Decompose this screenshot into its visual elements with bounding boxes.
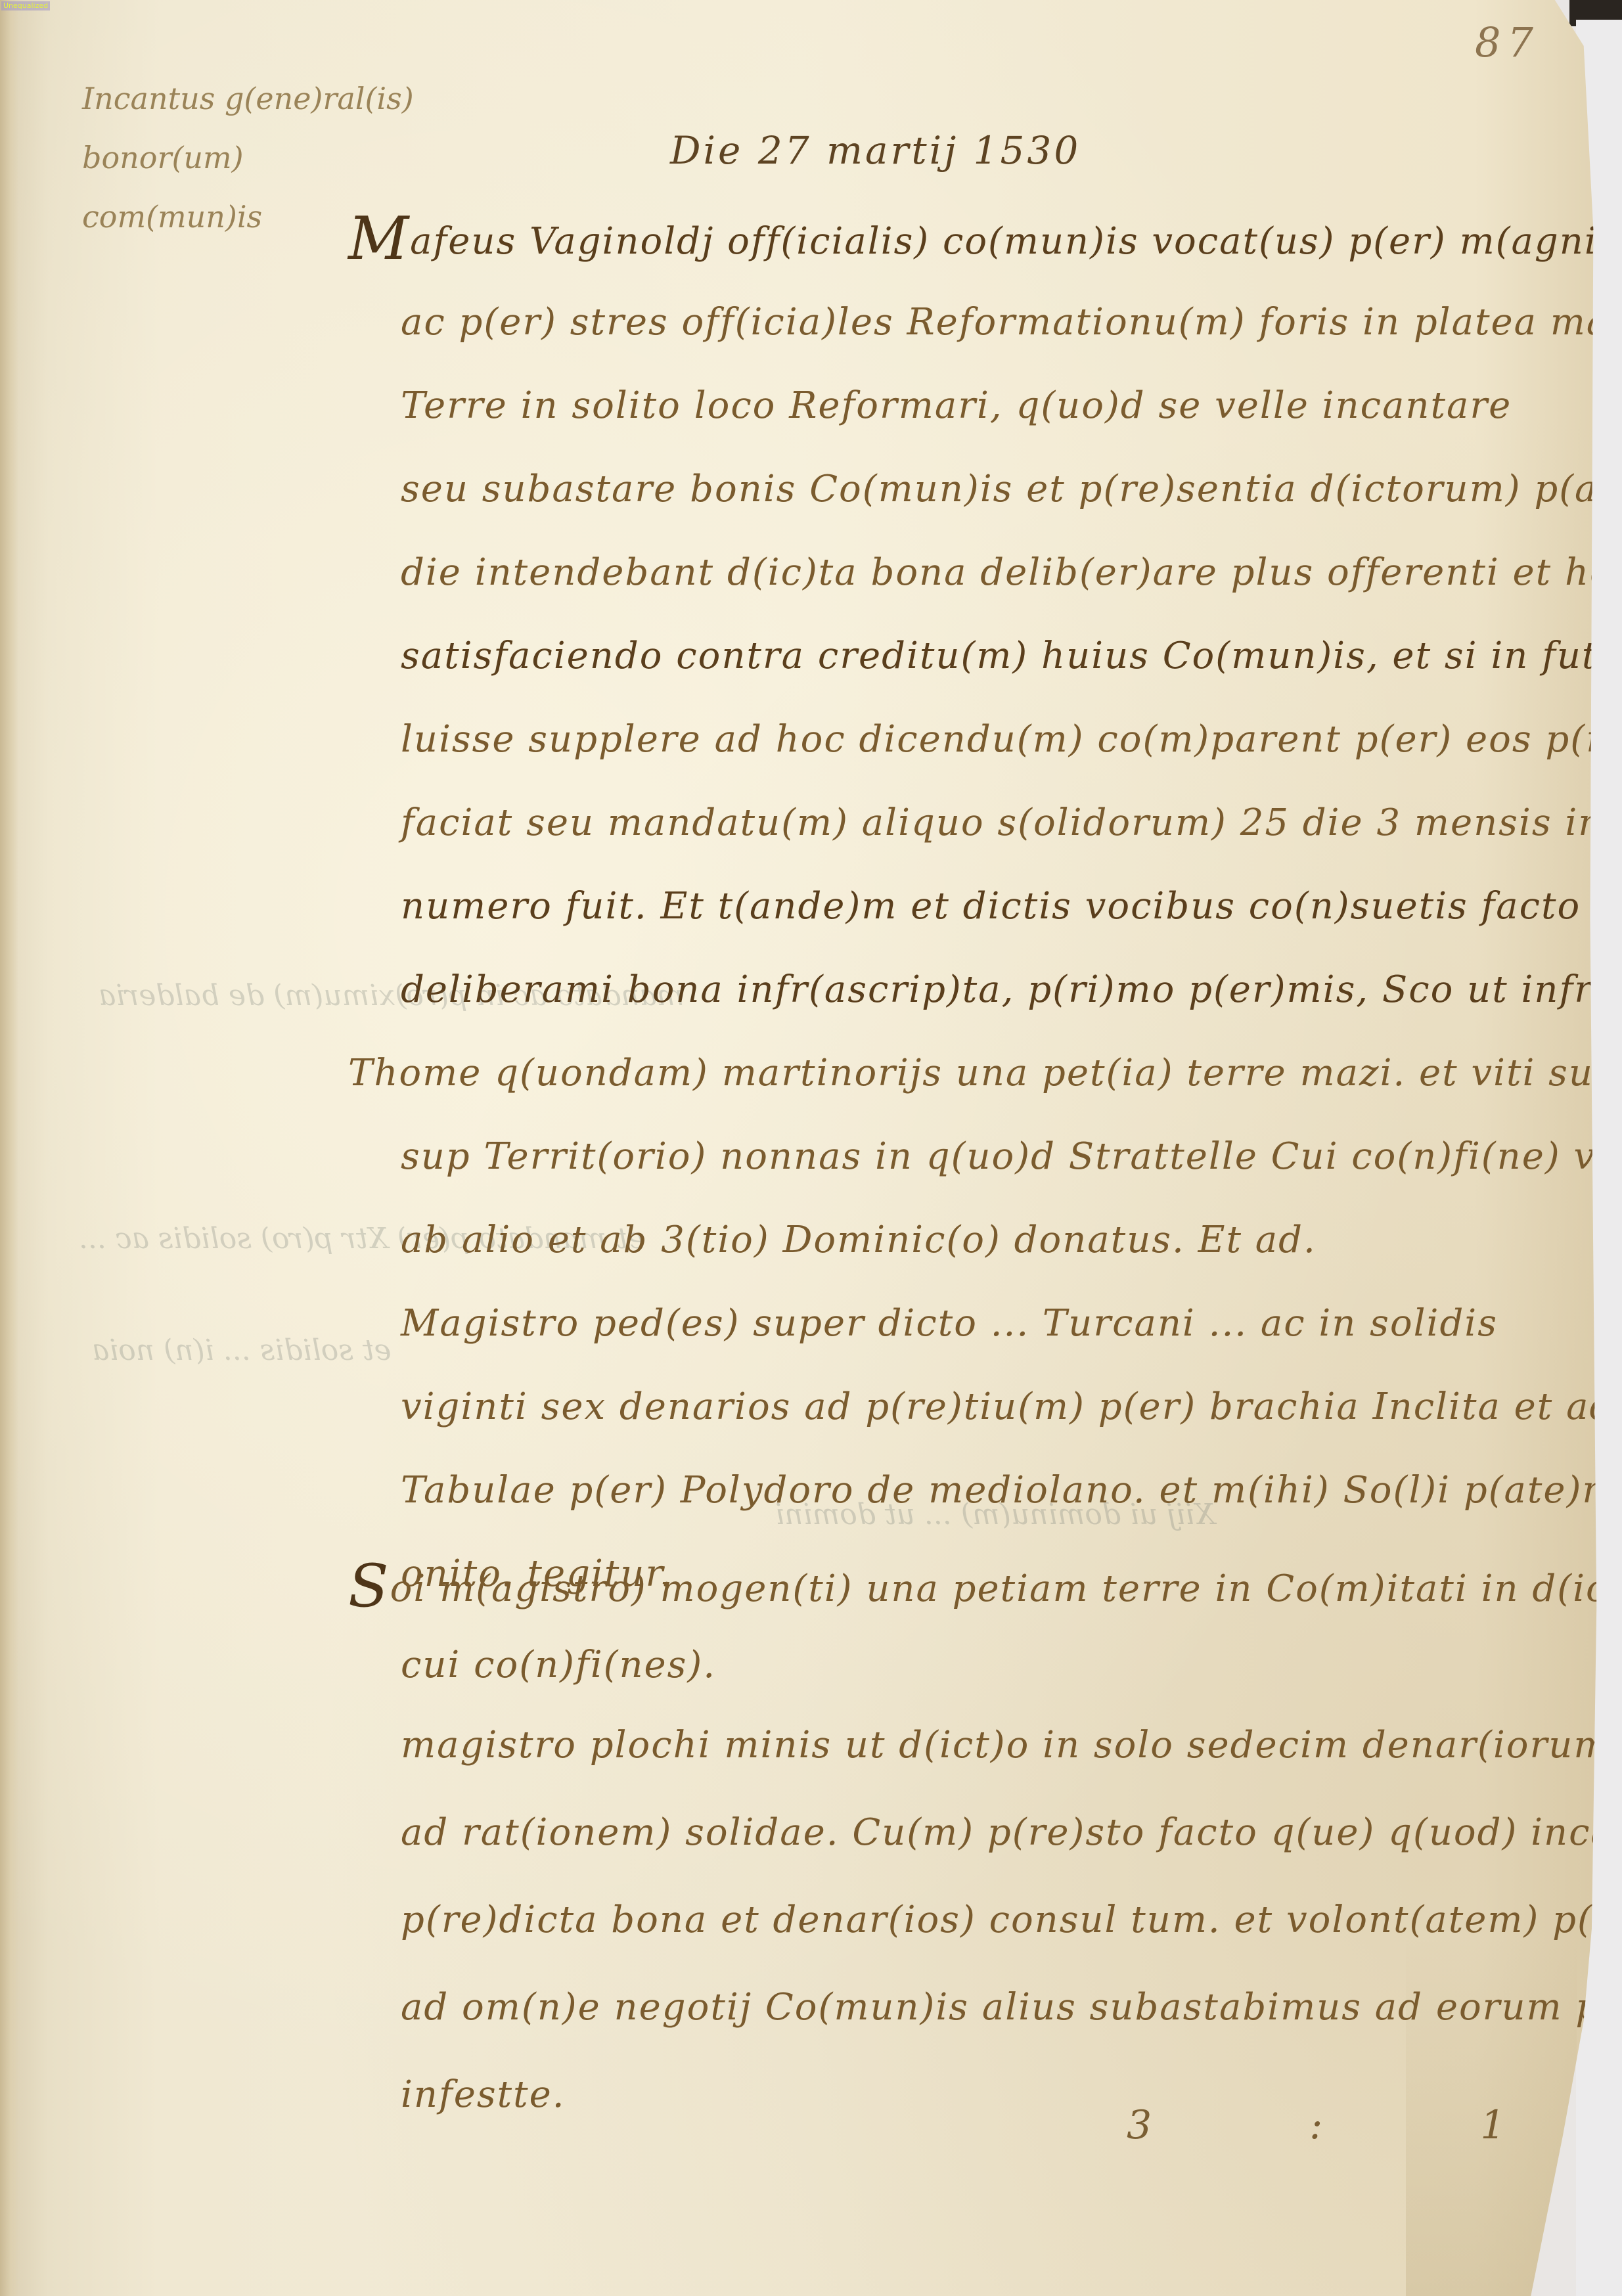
date-heading: Die 27 martij 1530 xyxy=(670,128,1081,173)
entry-line: viginti sex denarios ad p(re)tiu(m) p(er… xyxy=(401,1365,1622,1449)
entry-line: luisse supplere ad hoc dicendu(m) co(m)p… xyxy=(401,698,1622,781)
bottom-ink-marks: 3:1. xyxy=(1127,2102,1622,2148)
entry-line: sup Territ(orio) nonnas in q(uo)d Stratt… xyxy=(401,1115,1622,1198)
entry-line: Magistro ped(es) super dicto ... Turcani… xyxy=(401,1282,1622,1365)
entry-line: satisfaciendo contra creditu(m) huius Co… xyxy=(401,614,1622,698)
entry-line: magistro plochi minis ut d(ict)o in solo… xyxy=(401,1701,1622,1789)
entry-line: Terre in solito loco Reformari, q(uo)d s… xyxy=(401,364,1622,447)
entry-line: numero fuit. Et t(ande)m et dictis vocib… xyxy=(401,865,1622,948)
decorated-initial: M xyxy=(348,204,410,273)
entry-line: cui co(n)fi(nes). xyxy=(401,1626,1622,1705)
folio-number: 87 xyxy=(1475,18,1540,66)
entry-line: Tabulae p(er) Polydoro de mediolano. et … xyxy=(401,1449,1622,1532)
entry-line: ad rat(ionem) solidae. Cu(m) p(re)sto fa… xyxy=(401,1789,1622,1876)
margin-note-line: Incantus g(ene)ral(is) bonor(um) xyxy=(82,69,555,187)
show-through-text: et solidis ... i(n) noia xyxy=(92,1334,392,1367)
decorated-initial: S xyxy=(348,1552,390,1621)
manuscript-page: mandato ac in p(ro)ximu(m) de balderia e… xyxy=(0,0,1603,2296)
entry-third-record: magistro plochi minis ut d(ict)o in solo… xyxy=(401,1701,1622,2138)
entry-line: ab alio et ab 3(tio) Dominic(o) donatus.… xyxy=(401,1198,1622,1282)
entry-line: p(re)dicta bona et denar(ios) consul tum… xyxy=(401,1876,1622,1964)
entry-line: die intendebant d(ic)ta bona delib(er)ar… xyxy=(401,531,1622,614)
scan-status-label: Unequalized xyxy=(1,1,50,11)
entry-main-record: Mafeus Vaginoldj off(icialis) co(mun)is … xyxy=(401,197,1622,1615)
entry-line: Mafeus Vaginoldj off(icialis) co(mun)is … xyxy=(348,197,1622,281)
entry-line: faciat seu mandatu(m) aliquo s(olidorum)… xyxy=(401,781,1622,865)
entry-second-record: Soi m(agistro) mogen(ti) una petiam terr… xyxy=(401,1547,1622,1705)
entry-line: Soi m(agistro) mogen(ti) una petiam terr… xyxy=(348,1547,1622,1626)
entry-line: Thome q(uondam) martinorijs una pet(ia) … xyxy=(348,1031,1622,1115)
binding-edge xyxy=(0,0,18,2296)
entry-line: deliberami bona infr(ascrip)ta, p(ri)mo … xyxy=(401,948,1622,1031)
entry-line: ad om(n)e negotij Co(mun)is alius subast… xyxy=(401,1964,1622,2051)
entry-line: seu subastare bonis Co(mun)is et p(re)se… xyxy=(401,447,1622,531)
entry-line: ac p(er) stres off(icia)les Reformationu… xyxy=(401,281,1622,364)
ink-mark: 3: xyxy=(1127,2102,1480,2148)
